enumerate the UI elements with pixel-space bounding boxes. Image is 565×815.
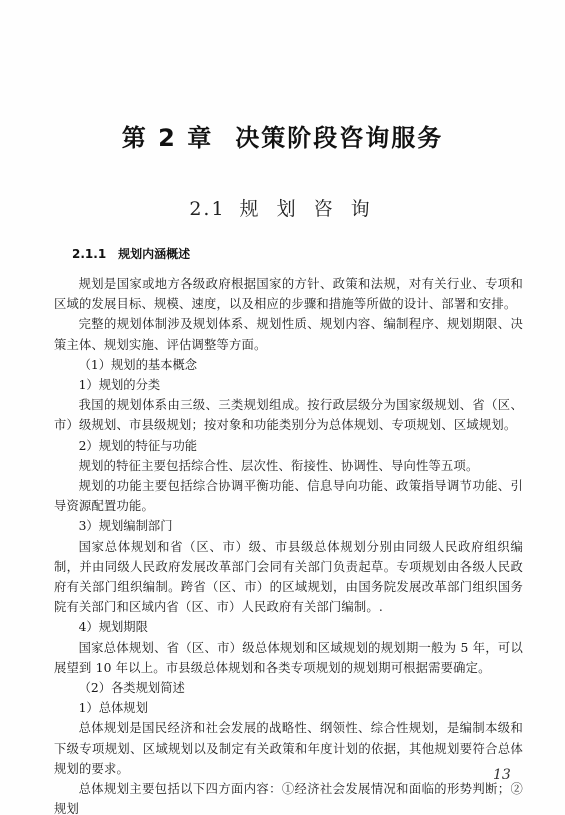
heading-classification: 1）规划的分类 xyxy=(54,375,523,395)
heading-period: 4）规划期限 xyxy=(54,617,523,637)
section-number: 2.1 xyxy=(189,198,225,220)
paragraph: 我国的规划体系由三级、三类规划组成。按行政层级分为国家级规划、省（区、市）级规划… xyxy=(54,395,523,435)
paragraph: 规划的特征主要包括综合性、层次性、衔接性、协调性、导向性等五项。 xyxy=(54,456,523,476)
heading-features-functions: 2）规划的特征与功能 xyxy=(54,436,523,456)
chapter-title: 第 2 章决策阶段咨询服务 xyxy=(0,118,565,153)
chapter-name: 决策阶段咨询服务 xyxy=(235,124,443,152)
heading-departments: 3）规划编制部门 xyxy=(54,516,523,536)
paragraph: 规划是国家或地方各级政府根据国家的方针、政策和法规，对有关行业、专项和区域的发展… xyxy=(54,274,523,314)
paragraph: 完整的规划体制涉及规划体系、规划性质、规划内容、编制程序、规划期限、决策主体、规… xyxy=(54,314,523,354)
subsection-title: 2.1.1规划内涵概述 xyxy=(72,245,190,262)
heading-basic-concept: （1）规划的基本概念 xyxy=(54,355,523,375)
page-number: 13 xyxy=(493,767,511,783)
paragraph: 国家总体规划、省（区、市）级总体规划和区域规划的规划期一般为 5 年，可以展望到… xyxy=(54,638,523,678)
paragraph: 总体规划主要包括以下四方面内容：①经济社会发展情况和面临的形势判断；②规划 xyxy=(54,779,523,815)
chapter-number: 第 2 章 xyxy=(122,124,213,152)
section-title: 2.1规 划 咨 询 xyxy=(0,194,565,221)
paragraph: 总体规划是国民经济和社会发展的战略性、纲领性、综合性规划，是编制本级和下级专项规… xyxy=(54,718,523,779)
paragraph: 国家总体规划和省（区、市）级、市县级总体规划分别由同级人民政府组织编制，并由同级… xyxy=(54,537,523,618)
section-name: 规 划 咨 询 xyxy=(240,198,376,220)
subsection-number: 2.1.1 xyxy=(72,247,106,261)
heading-master-plan: 1）总体规划 xyxy=(54,698,523,718)
paragraph: 规划的功能主要包括综合协调平衡功能、信息导向功能、政策指导调节功能、引导资源配置… xyxy=(54,476,523,516)
body-text: 规划是国家或地方各级政府根据国家的方针、政策和法规，对有关行业、专项和区域的发展… xyxy=(54,274,523,815)
heading-plan-overview: （2）各类规划简述 xyxy=(54,678,523,698)
subsection-name: 规划内涵概述 xyxy=(118,247,190,261)
